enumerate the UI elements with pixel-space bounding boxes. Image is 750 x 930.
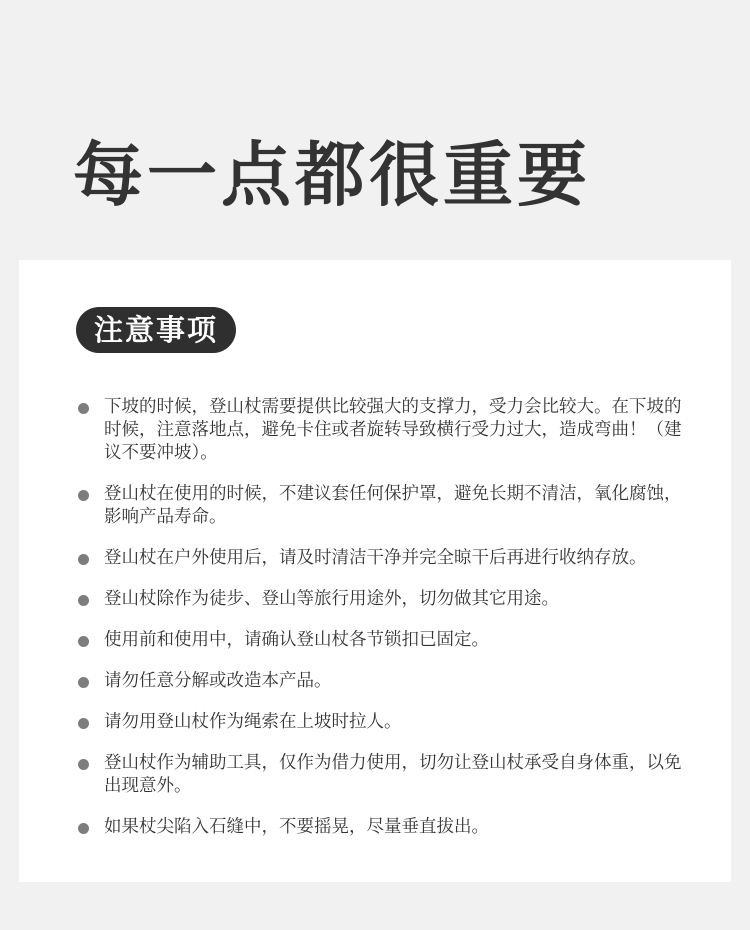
list-item: 如果杖尖陷入石缝中，不要摇晃，尽量垂直拔出。: [76, 816, 696, 839]
section-badge: 注意事项: [76, 307, 236, 353]
bullet-icon: [78, 718, 89, 729]
list-item: 请勿用登山杖作为绳索在上坡时拉人。: [76, 711, 696, 734]
bullet-icon: [78, 759, 89, 770]
note-text: 登山杖在户外使用后，请及时清洁干净并完全晾干后再进行收纳存放。: [104, 548, 647, 568]
bullet-icon: [78, 595, 89, 606]
note-text: 使用前和使用中，请确认登山杖各节锁扣已固定。: [104, 630, 489, 650]
note-text: 请勿任意分解或改造本产品。: [104, 671, 332, 691]
bullet-icon: [78, 490, 89, 501]
note-text: 登山杖除作为徒步、登山等旅行用途外，切勿做其它用途。: [104, 589, 559, 609]
note-text: 如果杖尖陷入石缝中，不要摇晃，尽量垂直拔出。: [104, 817, 489, 837]
note-text: 登山杖在使用的时候，不建议套任何保护罩，避免长期不清洁，氧化腐蚀，影响产品寿命。: [104, 484, 682, 527]
list-item: 登山杖在使用的时候，不建议套任何保护罩，避免长期不清洁，氧化腐蚀，影响产品寿命。: [76, 483, 696, 529]
notes-card: 注意事项 下坡的时候，登山杖需要提供比较强大的支撑力，受力会比较大。在下坡的时候…: [19, 260, 731, 882]
bullet-icon: [78, 636, 89, 647]
note-text: 请勿用登山杖作为绳索在上坡时拉人。: [104, 712, 402, 732]
list-item: 登山杖除作为徒步、登山等旅行用途外，切勿做其它用途。: [76, 588, 696, 611]
page-headline: 每一点都很重要: [73, 130, 591, 220]
list-item: 登山杖在户外使用后，请及时清洁干净并完全晾干后再进行收纳存放。: [76, 547, 696, 570]
bullet-icon: [78, 554, 89, 565]
bullet-icon: [78, 677, 89, 688]
list-item: 使用前和使用中，请确认登山杖各节锁扣已固定。: [76, 629, 696, 652]
note-text: 登山杖作为辅助工具，仅作为借力使用，切勿让登山杖承受自身体重，以免出现意外。: [104, 753, 682, 796]
list-item: 请勿任意分解或改造本产品。: [76, 670, 696, 693]
notes-list: 下坡的时候，登山杖需要提供比较强大的支撑力，受力会比较大。在下坡的时候，注意落地…: [76, 396, 696, 857]
list-item: 登山杖作为辅助工具，仅作为借力使用，切勿让登山杖承受自身体重，以免出现意外。: [76, 752, 696, 798]
list-item: 下坡的时候，登山杖需要提供比较强大的支撑力，受力会比较大。在下坡的时候，注意落地…: [76, 396, 696, 465]
bullet-icon: [78, 823, 89, 834]
bullet-icon: [78, 403, 89, 414]
note-text: 下坡的时候，登山杖需要提供比较强大的支撑力，受力会比较大。在下坡的时候，注意落地…: [104, 397, 682, 463]
